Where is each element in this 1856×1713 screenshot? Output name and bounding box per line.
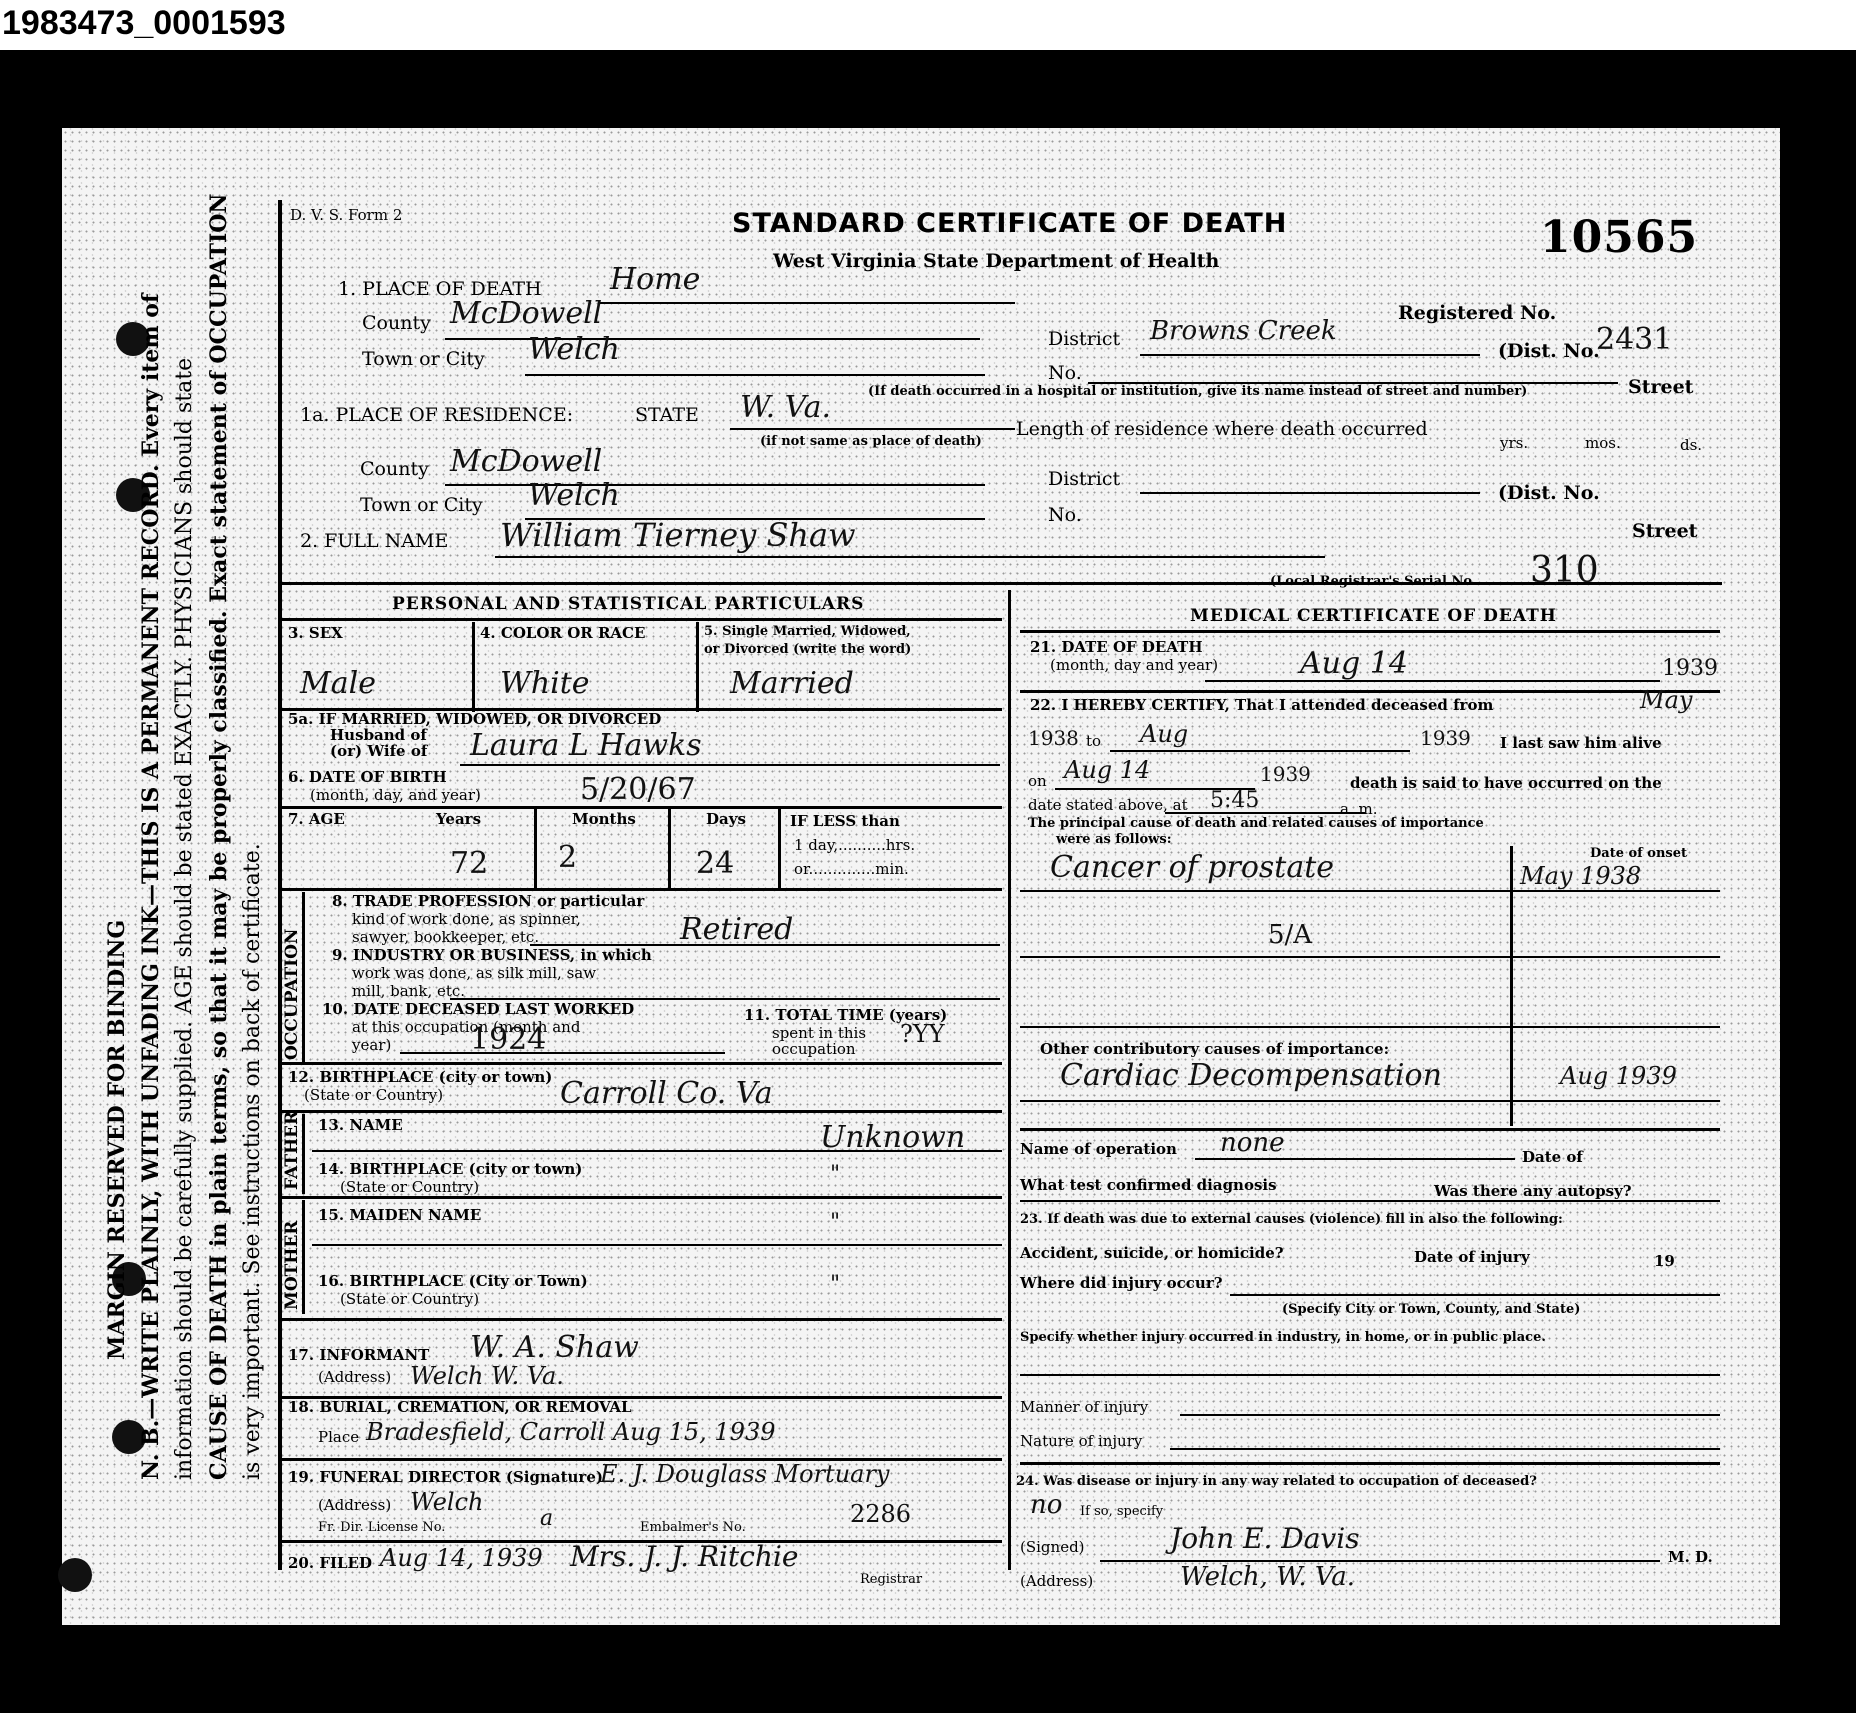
informant-value: W. A. Shaw bbox=[470, 1330, 639, 1365]
industry-label-3: mill, bank, etc. bbox=[352, 982, 465, 1000]
rule bbox=[302, 892, 305, 1062]
rule bbox=[525, 374, 985, 376]
last-worked-label-1: 10. DATE DECEASED LAST WORKED bbox=[322, 1000, 634, 1018]
rule bbox=[445, 338, 980, 340]
principal-onset: May 1938 bbox=[1520, 862, 1641, 890]
occupation-related-label: 24. Was disease or injury in any way rel… bbox=[1016, 1474, 1537, 1489]
rule bbox=[472, 622, 475, 712]
rule bbox=[312, 1244, 1002, 1246]
death-county-label: County bbox=[362, 312, 431, 334]
occupation-related-value: no bbox=[1030, 1490, 1062, 1520]
rule bbox=[696, 622, 699, 712]
marital-label-2: or Divorced (write the word) bbox=[704, 642, 911, 657]
rule bbox=[445, 484, 985, 486]
rule bbox=[282, 618, 1002, 621]
accident-label: Accident, suicide, or homicide? bbox=[1020, 1244, 1284, 1262]
rule bbox=[1180, 1414, 1720, 1416]
injury-year: 19 bbox=[1654, 1252, 1675, 1270]
rule bbox=[1020, 890, 1720, 892]
rule bbox=[668, 808, 671, 890]
age-days-label: Days bbox=[706, 810, 746, 828]
dod-year: 1939 bbox=[1662, 656, 1718, 681]
instruction-line-3: CAUSE OF DEATH in plain terms, so that i… bbox=[202, 230, 236, 1480]
rule bbox=[1195, 1158, 1515, 1160]
ds-label: ds. bbox=[1680, 436, 1702, 454]
time-value: 5:45 bbox=[1210, 788, 1259, 813]
spouse-sub-2: (or) Wife of bbox=[330, 742, 427, 760]
other-contrib-cause: Cardiac Decompensation bbox=[1060, 1058, 1442, 1093]
certify-label: 22. I HEREBY CERTIFY, That I attended de… bbox=[1030, 696, 1493, 714]
death-town-label: Town or City bbox=[362, 348, 485, 370]
filed-value: Aug 14, 1939 bbox=[380, 1544, 543, 1572]
rule bbox=[282, 1318, 1002, 1321]
marital-label-1: 5. Single Married, Widowed, bbox=[704, 624, 911, 639]
trade-label-2: kind of work done, as spinner, bbox=[352, 910, 581, 928]
instruction-line-4: is very important. See instructions on b… bbox=[236, 230, 270, 1480]
nature-label: Nature of injury bbox=[1020, 1432, 1142, 1450]
rule bbox=[1140, 492, 1480, 494]
spouse-value: Laura L Hawks bbox=[470, 728, 702, 763]
external-causes-label: 23. If death was due to external causes … bbox=[1020, 1212, 1563, 1227]
other-contrib-label: Other contributory causes of importance: bbox=[1040, 1040, 1389, 1058]
rule bbox=[1020, 690, 1720, 693]
personal-section-header: PERSONAL AND STATISTICAL PARTICULARS bbox=[392, 594, 864, 614]
license-label: Fr. Dir. License No. bbox=[318, 1520, 445, 1535]
injury-date-label: Date of injury bbox=[1414, 1248, 1530, 1266]
rule bbox=[302, 1114, 305, 1194]
physician-signature: John E. Davis bbox=[1170, 1522, 1360, 1555]
mother-name-value: " bbox=[830, 1210, 840, 1235]
informant-address-label: (Address) bbox=[318, 1368, 391, 1386]
filed-label: 20. FILED bbox=[288, 1554, 372, 1572]
registrar-signature: Mrs. J. J. Ritchie bbox=[570, 1540, 798, 1573]
where-injury-label: Where did injury occur? bbox=[1020, 1274, 1223, 1292]
principal-label-2: were as follows: bbox=[1056, 832, 1172, 847]
residence-county-label: County bbox=[360, 458, 429, 480]
father-birthplace-value: " bbox=[830, 1162, 840, 1187]
instruction-line-2: information should be carefully supplied… bbox=[168, 230, 202, 1480]
industry-label-1: 9. INDUSTRY OR BUSINESS, in which bbox=[332, 946, 652, 964]
rule bbox=[1020, 1374, 1720, 1376]
operation-label: Name of operation bbox=[1020, 1140, 1177, 1158]
less-than-1: IF LESS than bbox=[790, 812, 900, 830]
md-label: M. D. bbox=[1668, 1548, 1713, 1566]
rule bbox=[282, 1196, 1002, 1199]
margin-instructions: MARGIN RESERVED FOR BINDING N. B.—WRITE … bbox=[100, 230, 270, 1480]
trade-label-3: sawyer, bookkeeper, etc. bbox=[352, 928, 539, 946]
industry-label-2: work was done, as silk mill, saw bbox=[352, 964, 596, 982]
attended-to-year: 1939 bbox=[1420, 726, 1471, 750]
race-label: 4. COLOR OR RACE bbox=[480, 624, 645, 642]
residence-state-label: STATE bbox=[635, 404, 699, 426]
principal-label-1: The principal cause of death and related… bbox=[1028, 816, 1484, 831]
date-of-label: Date of bbox=[1522, 1148, 1583, 1166]
length-of-residence-label: Length of residence where death occurred bbox=[1016, 418, 1428, 440]
rule bbox=[1020, 1462, 1720, 1465]
dob-sub: (month, day, and year) bbox=[310, 786, 481, 804]
rule bbox=[495, 556, 1325, 558]
residence-dist-no-label: (Dist. No. bbox=[1498, 482, 1600, 504]
attended-to: Aug bbox=[1140, 720, 1188, 748]
death-no-label: No. bbox=[1048, 362, 1082, 384]
sex-label: 3. SEX bbox=[288, 624, 343, 642]
mother-birthplace-value: " bbox=[830, 1272, 840, 1297]
rule bbox=[1140, 354, 1480, 356]
trade-value: Retired bbox=[680, 912, 793, 947]
medical-section-header: MEDICAL CERTIFICATE OF DEATH bbox=[1190, 606, 1557, 626]
rule bbox=[282, 888, 1002, 891]
father-name-label: 13. NAME bbox=[318, 1116, 403, 1134]
death-district-label: District bbox=[1048, 328, 1120, 350]
rule bbox=[1205, 680, 1660, 682]
dod-sub: (month, day and year) bbox=[1050, 656, 1218, 674]
rule bbox=[1110, 750, 1410, 752]
rule bbox=[302, 1200, 305, 1314]
yrs-label: yrs. bbox=[1500, 434, 1528, 452]
rule bbox=[730, 428, 1015, 430]
funeral-label: 19. FUNERAL DIRECTOR (Signature) bbox=[288, 1468, 603, 1486]
rule bbox=[1170, 1448, 1720, 1450]
place-of-death-value: Home bbox=[610, 262, 700, 297]
instruction-line-1: N. B.—WRITE PLAINLY, WITH UNFADING INK—T… bbox=[134, 230, 168, 1480]
death-county-value: McDowell bbox=[450, 296, 602, 331]
test-label: What test confirmed diagnosis bbox=[1020, 1176, 1277, 1194]
birthplace-value: Carroll Co. Va bbox=[560, 1076, 773, 1111]
residence-county-value: McDowell bbox=[450, 444, 602, 479]
certificate-number: 10565 bbox=[1540, 212, 1698, 263]
rule bbox=[534, 808, 537, 890]
center-divider bbox=[1008, 590, 1011, 1570]
specify-injury-label: Specify whether injury occurred in indus… bbox=[1020, 1330, 1546, 1345]
rule bbox=[1020, 1026, 1720, 1028]
dob-value: 5/20/67 bbox=[580, 772, 696, 807]
funeral-value: E. J. Douglass Mortuary bbox=[600, 1460, 890, 1488]
last-worked-label-3: year) bbox=[352, 1036, 391, 1054]
informant-label: 17. INFORMANT bbox=[288, 1346, 429, 1364]
age-months-value: 2 bbox=[558, 840, 577, 875]
hospital-note: (If death occurred in a hospital or inst… bbox=[868, 384, 1527, 399]
date-stated-label: date stated above, at bbox=[1028, 796, 1188, 814]
residence-label: 1a. PLACE OF RESIDENCE: bbox=[300, 404, 573, 426]
funeral-address-value: Welch bbox=[410, 1488, 484, 1516]
trade-label-1: 8. TRADE PROFESSION or particular bbox=[332, 892, 644, 910]
left-border bbox=[278, 200, 282, 1570]
registered-no-value: 2431 bbox=[1596, 322, 1672, 357]
rule bbox=[1230, 1294, 1720, 1296]
less-than-2: 1 day,..........hrs. bbox=[794, 836, 915, 854]
embalmer-value: 2286 bbox=[850, 1500, 911, 1528]
last-saw-label: I last saw him alive bbox=[1500, 734, 1662, 752]
age-label: 7. AGE bbox=[288, 810, 345, 828]
dist-no-label: (Dist. No. bbox=[1498, 340, 1600, 362]
age-years-label: Years bbox=[436, 810, 481, 828]
last-saw-date: Aug 14 bbox=[1064, 756, 1150, 784]
rule bbox=[1020, 1200, 1720, 1202]
mother-birthplace-label-2: (State or Country) bbox=[340, 1290, 479, 1308]
on-label: on bbox=[1028, 772, 1047, 790]
document-subtitle: West Virginia State Department of Health bbox=[773, 250, 1219, 272]
rule bbox=[312, 1150, 1002, 1152]
burial-label: 18. BURIAL, CREMATION, OR REMOVAL bbox=[288, 1398, 632, 1416]
death-street-label: Street bbox=[1628, 376, 1693, 398]
rule bbox=[460, 764, 1000, 766]
sex-value: Male bbox=[300, 666, 376, 701]
attended-from: May bbox=[1640, 686, 1692, 714]
rule bbox=[600, 302, 1015, 304]
birthplace-label-1: 12. BIRTHPLACE (city or town) bbox=[288, 1068, 552, 1086]
if-so-label: If so, specify bbox=[1080, 1504, 1163, 1519]
header-bar: 1983473_0001593 bbox=[0, 0, 1856, 50]
burial-place-label: Place bbox=[318, 1428, 359, 1446]
rule bbox=[400, 1052, 725, 1054]
residence-state-note: (if not same as place of death) bbox=[760, 434, 982, 449]
occupation-side-label: OCCUPATION bbox=[282, 929, 302, 1060]
death-town-value: Welch bbox=[528, 332, 620, 367]
residence-town-label: Town or City bbox=[360, 494, 483, 516]
to-label: to bbox=[1086, 732, 1101, 750]
principal-cause-line2: 5/A bbox=[1268, 920, 1312, 950]
informant-address-value: Welch W. Va. bbox=[410, 1362, 564, 1390]
funeral-address-label: (Address) bbox=[318, 1496, 391, 1514]
last-saw-year: 1939 bbox=[1260, 762, 1311, 786]
full-name-label: 2. FULL NAME bbox=[300, 530, 448, 552]
registrar-label: Registrar bbox=[860, 1572, 922, 1587]
less-than-3: or..............min. bbox=[794, 860, 909, 878]
birthplace-label-2: (State or Country) bbox=[304, 1086, 443, 1104]
rule bbox=[1020, 1100, 1720, 1102]
manner-label: Manner of injury bbox=[1020, 1398, 1148, 1416]
father-side-label: FATHER bbox=[282, 1111, 302, 1190]
rule bbox=[282, 1110, 1002, 1113]
age-months-label: Months bbox=[572, 810, 636, 828]
form-code: D. V. S. Form 2 bbox=[290, 206, 402, 224]
section-divider bbox=[282, 582, 1722, 585]
dod-label: 21. DATE OF DEATH bbox=[1030, 638, 1203, 656]
onset-divider bbox=[1510, 846, 1513, 1126]
other-contrib-onset: Aug 1939 bbox=[1560, 1062, 1677, 1090]
death-said-label: death is said to have occurred on the bbox=[1350, 774, 1662, 792]
autopsy-label: Was there any autopsy? bbox=[1434, 1182, 1632, 1200]
full-name-value: William Tierney Shaw bbox=[500, 516, 855, 554]
dod-value: Aug 14 bbox=[1300, 646, 1408, 681]
father-birthplace-label-1: 14. BIRTHPLACE (city or town) bbox=[318, 1160, 582, 1178]
burial-place-value: Bradesfield, Carroll Aug 15, 1939 bbox=[366, 1418, 776, 1446]
dob-label: 6. DATE OF BIRTH bbox=[288, 768, 447, 786]
attended-from-year: 1938 bbox=[1028, 726, 1079, 750]
total-time-label-3: occupation bbox=[772, 1040, 856, 1058]
binder-hole-icon bbox=[58, 1558, 92, 1592]
death-district-value: Browns Creek bbox=[1150, 316, 1337, 346]
physician-address-value: Welch, W. Va. bbox=[1180, 1562, 1355, 1592]
physician-address-label: (Address) bbox=[1020, 1572, 1093, 1590]
rule bbox=[1020, 956, 1720, 958]
residence-state-value: W. Va. bbox=[740, 390, 831, 425]
mother-name-label: 15. MAIDEN NAME bbox=[318, 1206, 481, 1224]
total-time-value: ?YY bbox=[900, 1020, 945, 1048]
principal-cause: Cancer of prostate bbox=[1050, 850, 1334, 885]
binding-note: MARGIN RESERVED FOR BINDING bbox=[100, 230, 134, 1480]
rule bbox=[778, 808, 781, 890]
rule bbox=[282, 1062, 1002, 1065]
mos-label: mos. bbox=[1585, 434, 1621, 452]
where-injury-sub: (Specify City or Town, County, and State… bbox=[1282, 1302, 1580, 1317]
residence-street-label: Street bbox=[1632, 520, 1697, 542]
rule bbox=[282, 806, 1002, 809]
residence-town-value: Welch bbox=[528, 478, 620, 513]
rule bbox=[1165, 812, 1365, 814]
mother-side-label: MOTHER bbox=[282, 1221, 302, 1310]
marital-value: Married bbox=[730, 666, 854, 701]
rule bbox=[1020, 1128, 1720, 1131]
document-title: STANDARD CERTIFICATE OF DEATH bbox=[732, 208, 1287, 239]
father-birthplace-label-2: (State or Country) bbox=[340, 1178, 479, 1196]
residence-no-label: No. bbox=[1048, 504, 1082, 526]
license-value: a bbox=[540, 1506, 553, 1531]
onset-label: Date of onset bbox=[1590, 846, 1687, 861]
embalmer-label: Embalmer's No. bbox=[640, 1520, 746, 1535]
residence-district-label: District bbox=[1048, 468, 1120, 490]
race-value: White bbox=[500, 666, 590, 701]
signed-label: (Signed) bbox=[1020, 1538, 1085, 1556]
registered-no-label: Registered No. bbox=[1398, 302, 1556, 324]
operation-value: none bbox=[1220, 1128, 1285, 1158]
age-days-value: 24 bbox=[696, 846, 734, 881]
mother-birthplace-label-1: 16. BIRTHPLACE (City or Town) bbox=[318, 1272, 588, 1290]
age-years-value: 72 bbox=[450, 846, 488, 881]
rule bbox=[1020, 630, 1720, 633]
image-id: 1983473_0001593 bbox=[2, 4, 286, 43]
